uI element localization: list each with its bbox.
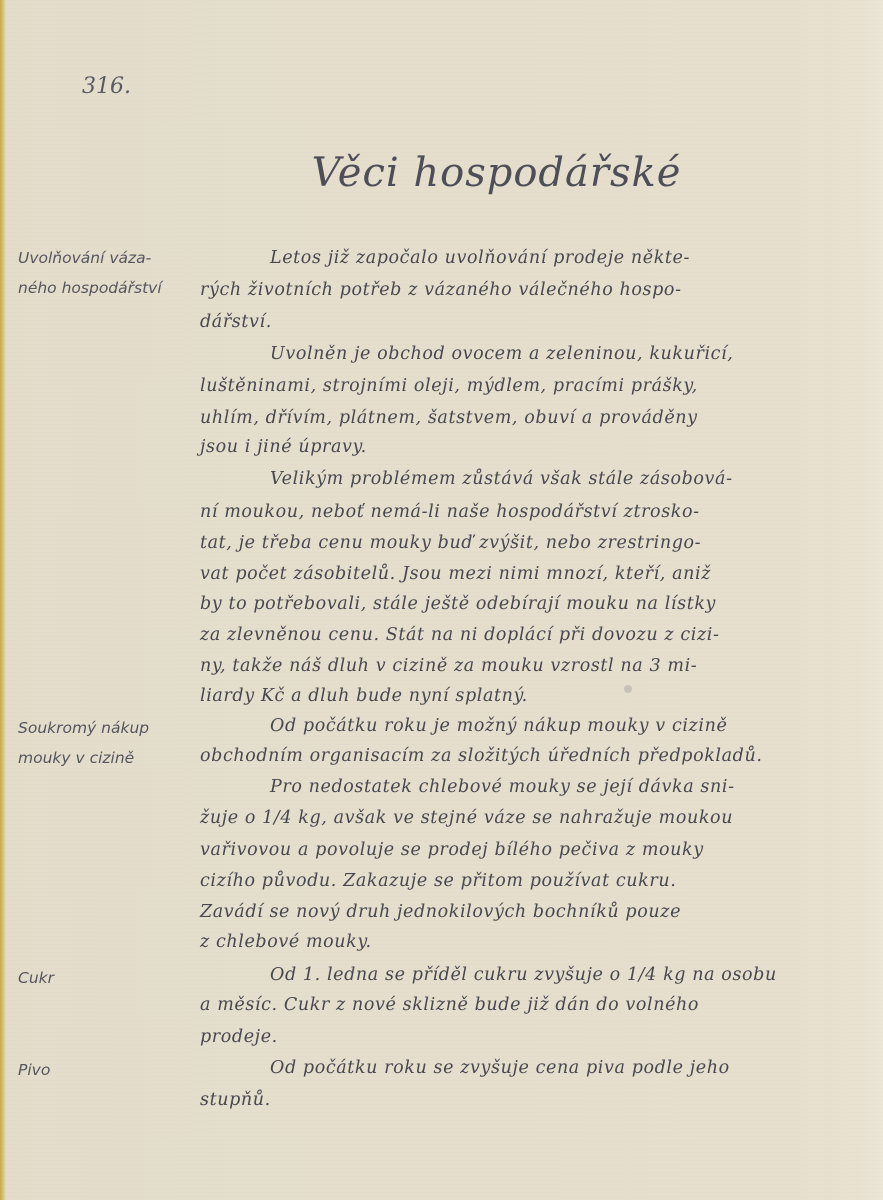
body-line: a měsíc. Cukr z nové sklizně bude již dá… xyxy=(200,995,860,1015)
body-line: za zlevněnou cenu. Stát na ni doplácí př… xyxy=(200,625,860,645)
paper-stain xyxy=(624,685,632,693)
margin-note-line: mouky v cizině xyxy=(18,743,203,773)
body-line: uhlím, dřívím, plátnem, šatstvem, obuví … xyxy=(200,408,860,428)
body-line: rých životních potřeb z vázaného válečné… xyxy=(200,280,860,300)
body-line: Uvolněn je obchod ovocem a zeleninou, ku… xyxy=(270,344,860,364)
body-line: dářství. xyxy=(200,312,860,332)
body-line: žuje o 1/4 kg, avšak ve stejné váze se n… xyxy=(200,808,860,828)
body-line: Od počátku roku se zvyšuje cena piva pod… xyxy=(270,1058,860,1078)
body-line: tat, je třeba cenu mouky buď zvýšit, neb… xyxy=(200,533,860,553)
body-line: Velikým problémem zůstává však stále zás… xyxy=(270,469,860,489)
margin-note-uvolnovani: Uvolňování váza- ného hospodářství xyxy=(18,243,203,303)
body-line: Zavádí se nový druh jednokilových bochní… xyxy=(200,902,860,922)
body-line: Od počátku roku je možný nákup mouky v c… xyxy=(270,716,860,736)
page-title: Věci hospodářské xyxy=(0,150,883,196)
margin-note-cukr: Cukr xyxy=(18,963,203,993)
body-line: Pro nedostatek chlebové mouky se její dá… xyxy=(270,777,860,797)
body-line: vařivovou a povoluje se prodej bílého pe… xyxy=(200,840,860,860)
body-line: vat počet zásobitelů. Jsou mezi nimi mno… xyxy=(200,564,860,584)
page-number: 316. xyxy=(82,74,131,99)
margin-note-line: ného hospodářství xyxy=(18,273,203,303)
body-line: ny, takže náš dluh v cizině za mouku vzr… xyxy=(200,656,860,676)
margin-note-soukromy-nakup: Soukromý nákup mouky v cizině xyxy=(18,713,203,773)
margin-note-line: Pivo xyxy=(18,1055,203,1085)
body-line: z chlebové mouky. xyxy=(200,932,860,952)
body-line: cizího původu. Zakazuje se přitom použív… xyxy=(200,871,860,891)
margin-note-line: Soukromý nákup xyxy=(18,713,203,743)
manuscript-page: 316. Věci hospodářské Uvolňování váza- n… xyxy=(0,0,883,1200)
body-line: obchodním organisacím za složitých úředn… xyxy=(200,746,860,766)
body-line: liardy Kč a dluh bude nyní splatný. xyxy=(200,686,860,706)
margin-note-line: Uvolňování váza- xyxy=(18,243,203,273)
body-line: ní moukou, neboť nemá-li naše hospodářst… xyxy=(200,502,860,522)
body-line: stupňů. xyxy=(200,1090,860,1110)
margin-note-pivo: Pivo xyxy=(18,1055,203,1085)
body-line: luštěninami, strojními oleji, mýdlem, pr… xyxy=(200,376,860,396)
body-line: jsou i jiné úpravy. xyxy=(200,437,860,457)
body-line: Letos již započalo uvolňování prodeje ně… xyxy=(270,248,860,268)
body-line: Od 1. ledna se příděl cukru zvyšuje o 1/… xyxy=(270,965,860,985)
body-line: prodeje. xyxy=(200,1027,860,1047)
body-line: by to potřebovali, stále ještě odebírají… xyxy=(200,594,860,614)
margin-note-line: Cukr xyxy=(18,963,203,993)
